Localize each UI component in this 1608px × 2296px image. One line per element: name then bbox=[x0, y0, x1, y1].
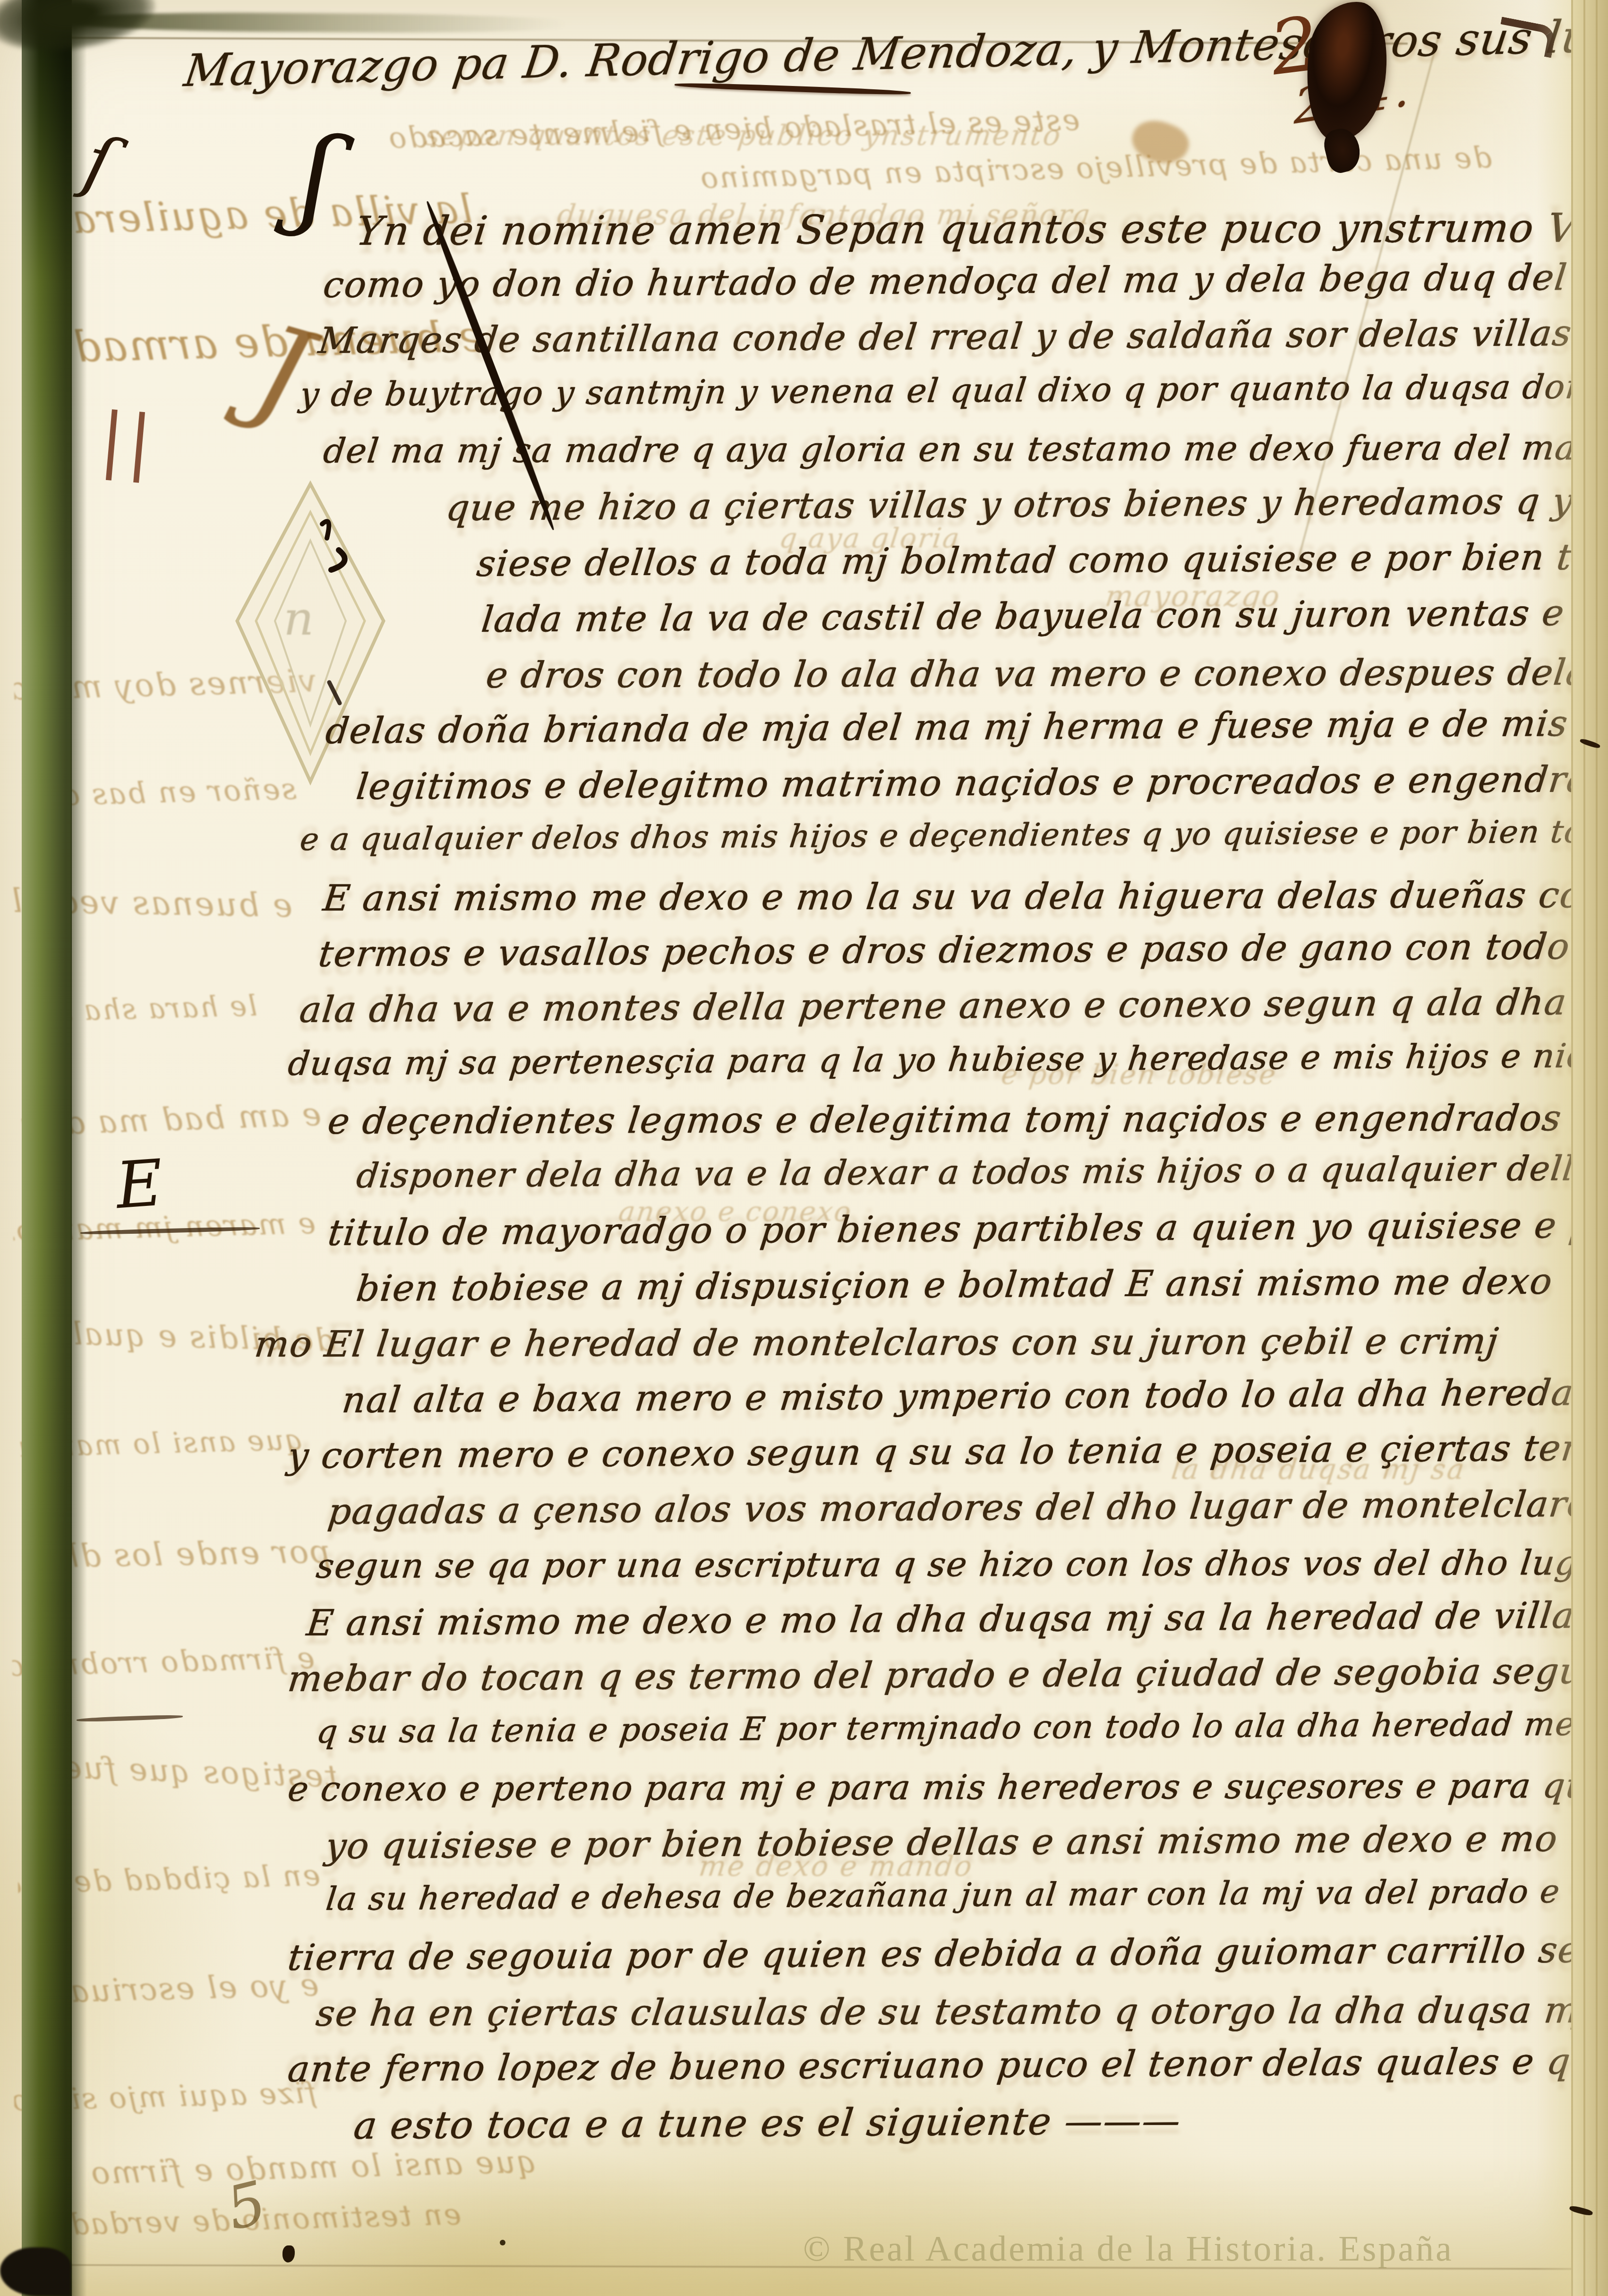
manuscript-line: siese dellos a toda mj bolmtad como quis… bbox=[475, 535, 1608, 585]
bottom-left-shadow bbox=[0, 2247, 71, 2296]
manuscript-line: lada mte la va de castil de bayuela con … bbox=[479, 591, 1608, 640]
ink-spot bbox=[500, 2240, 505, 2245]
manuscript-line: y corten mero e conexo segun q su sa lo … bbox=[286, 1427, 1608, 1477]
margin-e-initial: E bbox=[114, 1146, 165, 1223]
manuscript-line: e deçendientes legmos e delegitima tomj … bbox=[325, 1097, 1608, 1142]
manuscript-line: tierra de segouia por de quien es debida… bbox=[286, 1928, 1608, 1978]
manuscript-line: bien tobiese a mj dispusiçion e bolmtad … bbox=[354, 1260, 1555, 1310]
manuscript-line: que me hizo a çiertas villas y otros bie… bbox=[444, 479, 1608, 529]
manuscript-line: pagadas a çenso alos vos moradores del d… bbox=[326, 1482, 1608, 1532]
manuscript-line: titulo de mayoradgo o por bienes partibl… bbox=[326, 1204, 1608, 1254]
margin-double-stroke: || bbox=[97, 397, 159, 484]
manuscript-text-block: Yn dei nomine amen Sepan quantos este pu… bbox=[0, 0, 1608, 2296]
manuscript-line: disponer dela dha va e la dexar a todos … bbox=[354, 1148, 1608, 1195]
manuscript-line: a esto toca e a tune es el siguiente ——— bbox=[351, 2098, 1183, 2148]
manuscript-line: E ansi mismo me dexo e mo la dha duqsa m… bbox=[305, 1594, 1577, 1644]
manuscript-line: delas doña brianda de mja del ma mj herm… bbox=[324, 702, 1608, 752]
manuscript-line: como yo don dio hurtado de mendoça del m… bbox=[321, 256, 1608, 306]
manuscript-line: segun se qa por una escriptura q se hizo… bbox=[314, 1543, 1608, 1586]
manuscript-line: Marqes de santillana conde del rreal y d… bbox=[316, 311, 1608, 361]
manuscript-line: la su heredad e dehesa de bezañana jun a… bbox=[324, 1873, 1608, 1918]
manuscript-line: q su sa la tenia e poseia E por termjnad… bbox=[315, 1705, 1608, 1751]
manuscript-line: e a qualquier delos dhos mis hijos e deç… bbox=[298, 813, 1608, 858]
copyright-watermark: © Real Academia de la Historia. España bbox=[803, 2228, 1454, 2270]
manuscript-line: duqsa mj sa pertenesçia para q la yo hub… bbox=[286, 1036, 1608, 1084]
manuscript-line: nal alta e baxa mero e misto ymperio con… bbox=[340, 1371, 1600, 1421]
manuscript-line: legitimos e delegitmo matrimo naçidos e … bbox=[354, 757, 1608, 808]
deckle-edge bbox=[1571, 0, 1608, 2296]
manuscript-line: termos e vasallos pechos e dros diezmos … bbox=[316, 925, 1608, 975]
manuscript-line: se ha en çiertas clausulas de su testamt… bbox=[314, 1989, 1608, 2034]
manuscript-line: e conexo e perteno para mj e para mis he… bbox=[286, 1765, 1608, 1809]
manuscript-line: ante ferno lopez de bueno escriuano puco… bbox=[286, 2039, 1608, 2090]
manuscript-line: yo quisiese e por bien tobiese dellas e … bbox=[324, 1817, 1560, 1867]
manuscript-line: E ansi mismo me dexo e mo la su va dela … bbox=[321, 873, 1608, 919]
manuscript-line: mebar do tocan q es termo del prado e de… bbox=[286, 1650, 1608, 1700]
binding-shadow bbox=[71, 0, 87, 2296]
manuscript-line: mo El lugar e heredad de montelclaros co… bbox=[252, 1320, 1501, 1365]
manuscript-line: ala dha va e montes della pertene anexo … bbox=[298, 981, 1569, 1031]
binding-edge bbox=[22, 0, 72, 2296]
manuscript-page: la villa de aguilerae buena de armadaest… bbox=[0, 0, 1608, 2296]
manuscript-line: e dros con todo lo ala dha va mero e con… bbox=[484, 651, 1608, 696]
manuscript-line: Yn dei nomine amen Sepan quantos este pu… bbox=[353, 205, 1608, 254]
